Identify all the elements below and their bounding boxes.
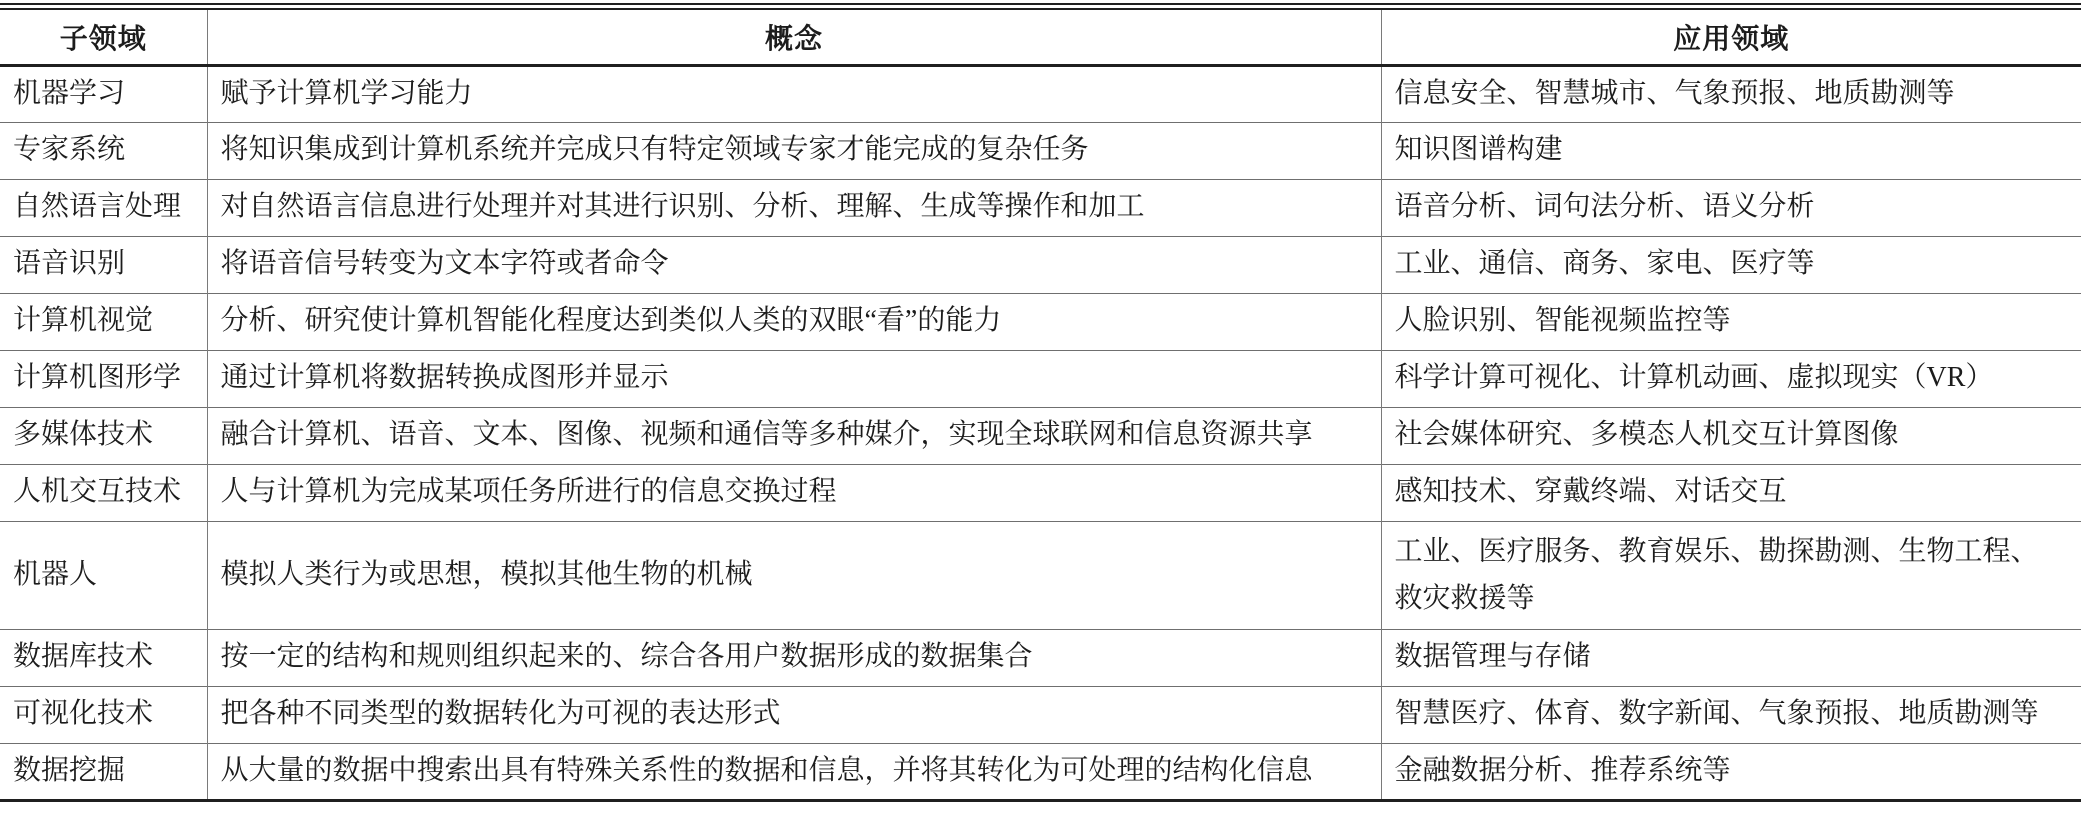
document-page: 子领域 概念 应用领域 机器学习 赋予计算机学习能力 信息安全、智慧城市、气象预…	[0, 0, 2081, 817]
table-row: 机器学习 赋予计算机学习能力 信息安全、智慧城市、气象预报、地质勘测等	[0, 65, 2081, 122]
cell-application: 人脸识别、智能视频监控等	[1381, 293, 2081, 350]
cell-concept: 赋予计算机学习能力	[207, 65, 1381, 122]
cell-concept: 对自然语言信息进行处理并对其进行识别、分析、理解、生成等操作和加工	[207, 179, 1381, 236]
cell-concept: 从大量的数据中搜索出具有特殊关系性的数据和信息，并将其转化为可处理的结构化信息	[207, 743, 1381, 800]
cell-subfield: 计算机图形学	[0, 350, 207, 407]
cell-concept: 按一定的结构和规则组织起来的、综合各用户数据形成的数据集合	[207, 629, 1381, 686]
cell-application: 语音分析、词句法分析、语义分析	[1381, 179, 2081, 236]
table-row: 语音识别 将语音信号转变为文本字符或者命令 工业、通信、商务、家电、医疗等	[0, 236, 2081, 293]
cell-subfield: 计算机视觉	[0, 293, 207, 350]
cell-subfield: 数据库技术	[0, 629, 207, 686]
cell-concept: 融合计算机、语音、文本、图像、视频和通信等多种媒介，实现全球联网和信息资源共享	[207, 407, 1381, 464]
cell-subfield: 数据挖掘	[0, 743, 207, 800]
table-row: 人机交互技术 人与计算机为完成某项任务所进行的信息交换过程 感知技术、穿戴终端、…	[0, 464, 2081, 521]
cell-application: 工业、通信、商务、家电、医疗等	[1381, 236, 2081, 293]
cell-application: 数据管理与存储	[1381, 629, 2081, 686]
data-table: 子领域 概念 应用领域 机器学习 赋予计算机学习能力 信息安全、智慧城市、气象预…	[0, 8, 2081, 802]
table-row: 专家系统 将知识集成到计算机系统并完成只有特定领域专家才能完成的复杂任务 知识图…	[0, 122, 2081, 179]
table-row: 机器人 模拟人类行为或思想，模拟其他生物的机械 工业、医疗服务、教育娱乐、勘探勘…	[0, 521, 2081, 629]
col-header-application: 应用领域	[1381, 9, 2081, 65]
cell-application: 感知技术、穿戴终端、对话交互	[1381, 464, 2081, 521]
cell-subfield: 人机交互技术	[0, 464, 207, 521]
cell-concept: 分析、研究使计算机智能化程度达到类似人类的双眼“看”的能力	[207, 293, 1381, 350]
table-row: 计算机图形学 通过计算机将数据转换成图形并显示 科学计算可视化、计算机动画、虚拟…	[0, 350, 2081, 407]
col-header-subfield: 子领域	[0, 9, 207, 65]
cell-subfield: 专家系统	[0, 122, 207, 179]
cell-subfield: 多媒体技术	[0, 407, 207, 464]
cell-subfield: 语音识别	[0, 236, 207, 293]
cell-application: 科学计算可视化、计算机动画、虚拟现实（VR）	[1381, 350, 2081, 407]
cell-subfield: 自然语言处理	[0, 179, 207, 236]
cell-subfield: 可视化技术	[0, 686, 207, 743]
cell-application: 工业、医疗服务、教育娱乐、勘探勘测、生物工程、 救灾救援等	[1381, 521, 2081, 629]
col-header-concept: 概念	[207, 9, 1381, 65]
ai-subfields-table: 子领域 概念 应用领域 机器学习 赋予计算机学习能力 信息安全、智慧城市、气象预…	[0, 3, 2081, 802]
cell-application: 知识图谱构建	[1381, 122, 2081, 179]
cell-concept: 将语音信号转变为文本字符或者命令	[207, 236, 1381, 293]
table-row: 多媒体技术 融合计算机、语音、文本、图像、视频和通信等多种媒介，实现全球联网和信…	[0, 407, 2081, 464]
cell-concept: 将知识集成到计算机系统并完成只有特定领域专家才能完成的复杂任务	[207, 122, 1381, 179]
cell-application: 智慧医疗、体育、数字新闻、气象预报、地质勘测等	[1381, 686, 2081, 743]
table-row: 数据库技术 按一定的结构和规则组织起来的、综合各用户数据形成的数据集合 数据管理…	[0, 629, 2081, 686]
table-row: 自然语言处理 对自然语言信息进行处理并对其进行识别、分析、理解、生成等操作和加工…	[0, 179, 2081, 236]
cell-concept: 人与计算机为完成某项任务所进行的信息交换过程	[207, 464, 1381, 521]
header-row: 子领域 概念 应用领域	[0, 9, 2081, 65]
cell-application: 社会媒体研究、多模态人机交互计算图像	[1381, 407, 2081, 464]
cell-concept: 把各种不同类型的数据转化为可视的表达形式	[207, 686, 1381, 743]
cell-application: 金融数据分析、推荐系统等	[1381, 743, 2081, 800]
table-row: 可视化技术 把各种不同类型的数据转化为可视的表达形式 智慧医疗、体育、数字新闻、…	[0, 686, 2081, 743]
cell-concept: 通过计算机将数据转换成图形并显示	[207, 350, 1381, 407]
table-row: 计算机视觉 分析、研究使计算机智能化程度达到类似人类的双眼“看”的能力 人脸识别…	[0, 293, 2081, 350]
cell-concept: 模拟人类行为或思想，模拟其他生物的机械	[207, 521, 1381, 629]
table-row: 数据挖掘 从大量的数据中搜索出具有特殊关系性的数据和信息，并将其转化为可处理的结…	[0, 743, 2081, 800]
cell-application: 信息安全、智慧城市、气象预报、地质勘测等	[1381, 65, 2081, 122]
cell-subfield: 机器人	[0, 521, 207, 629]
cell-subfield: 机器学习	[0, 65, 207, 122]
